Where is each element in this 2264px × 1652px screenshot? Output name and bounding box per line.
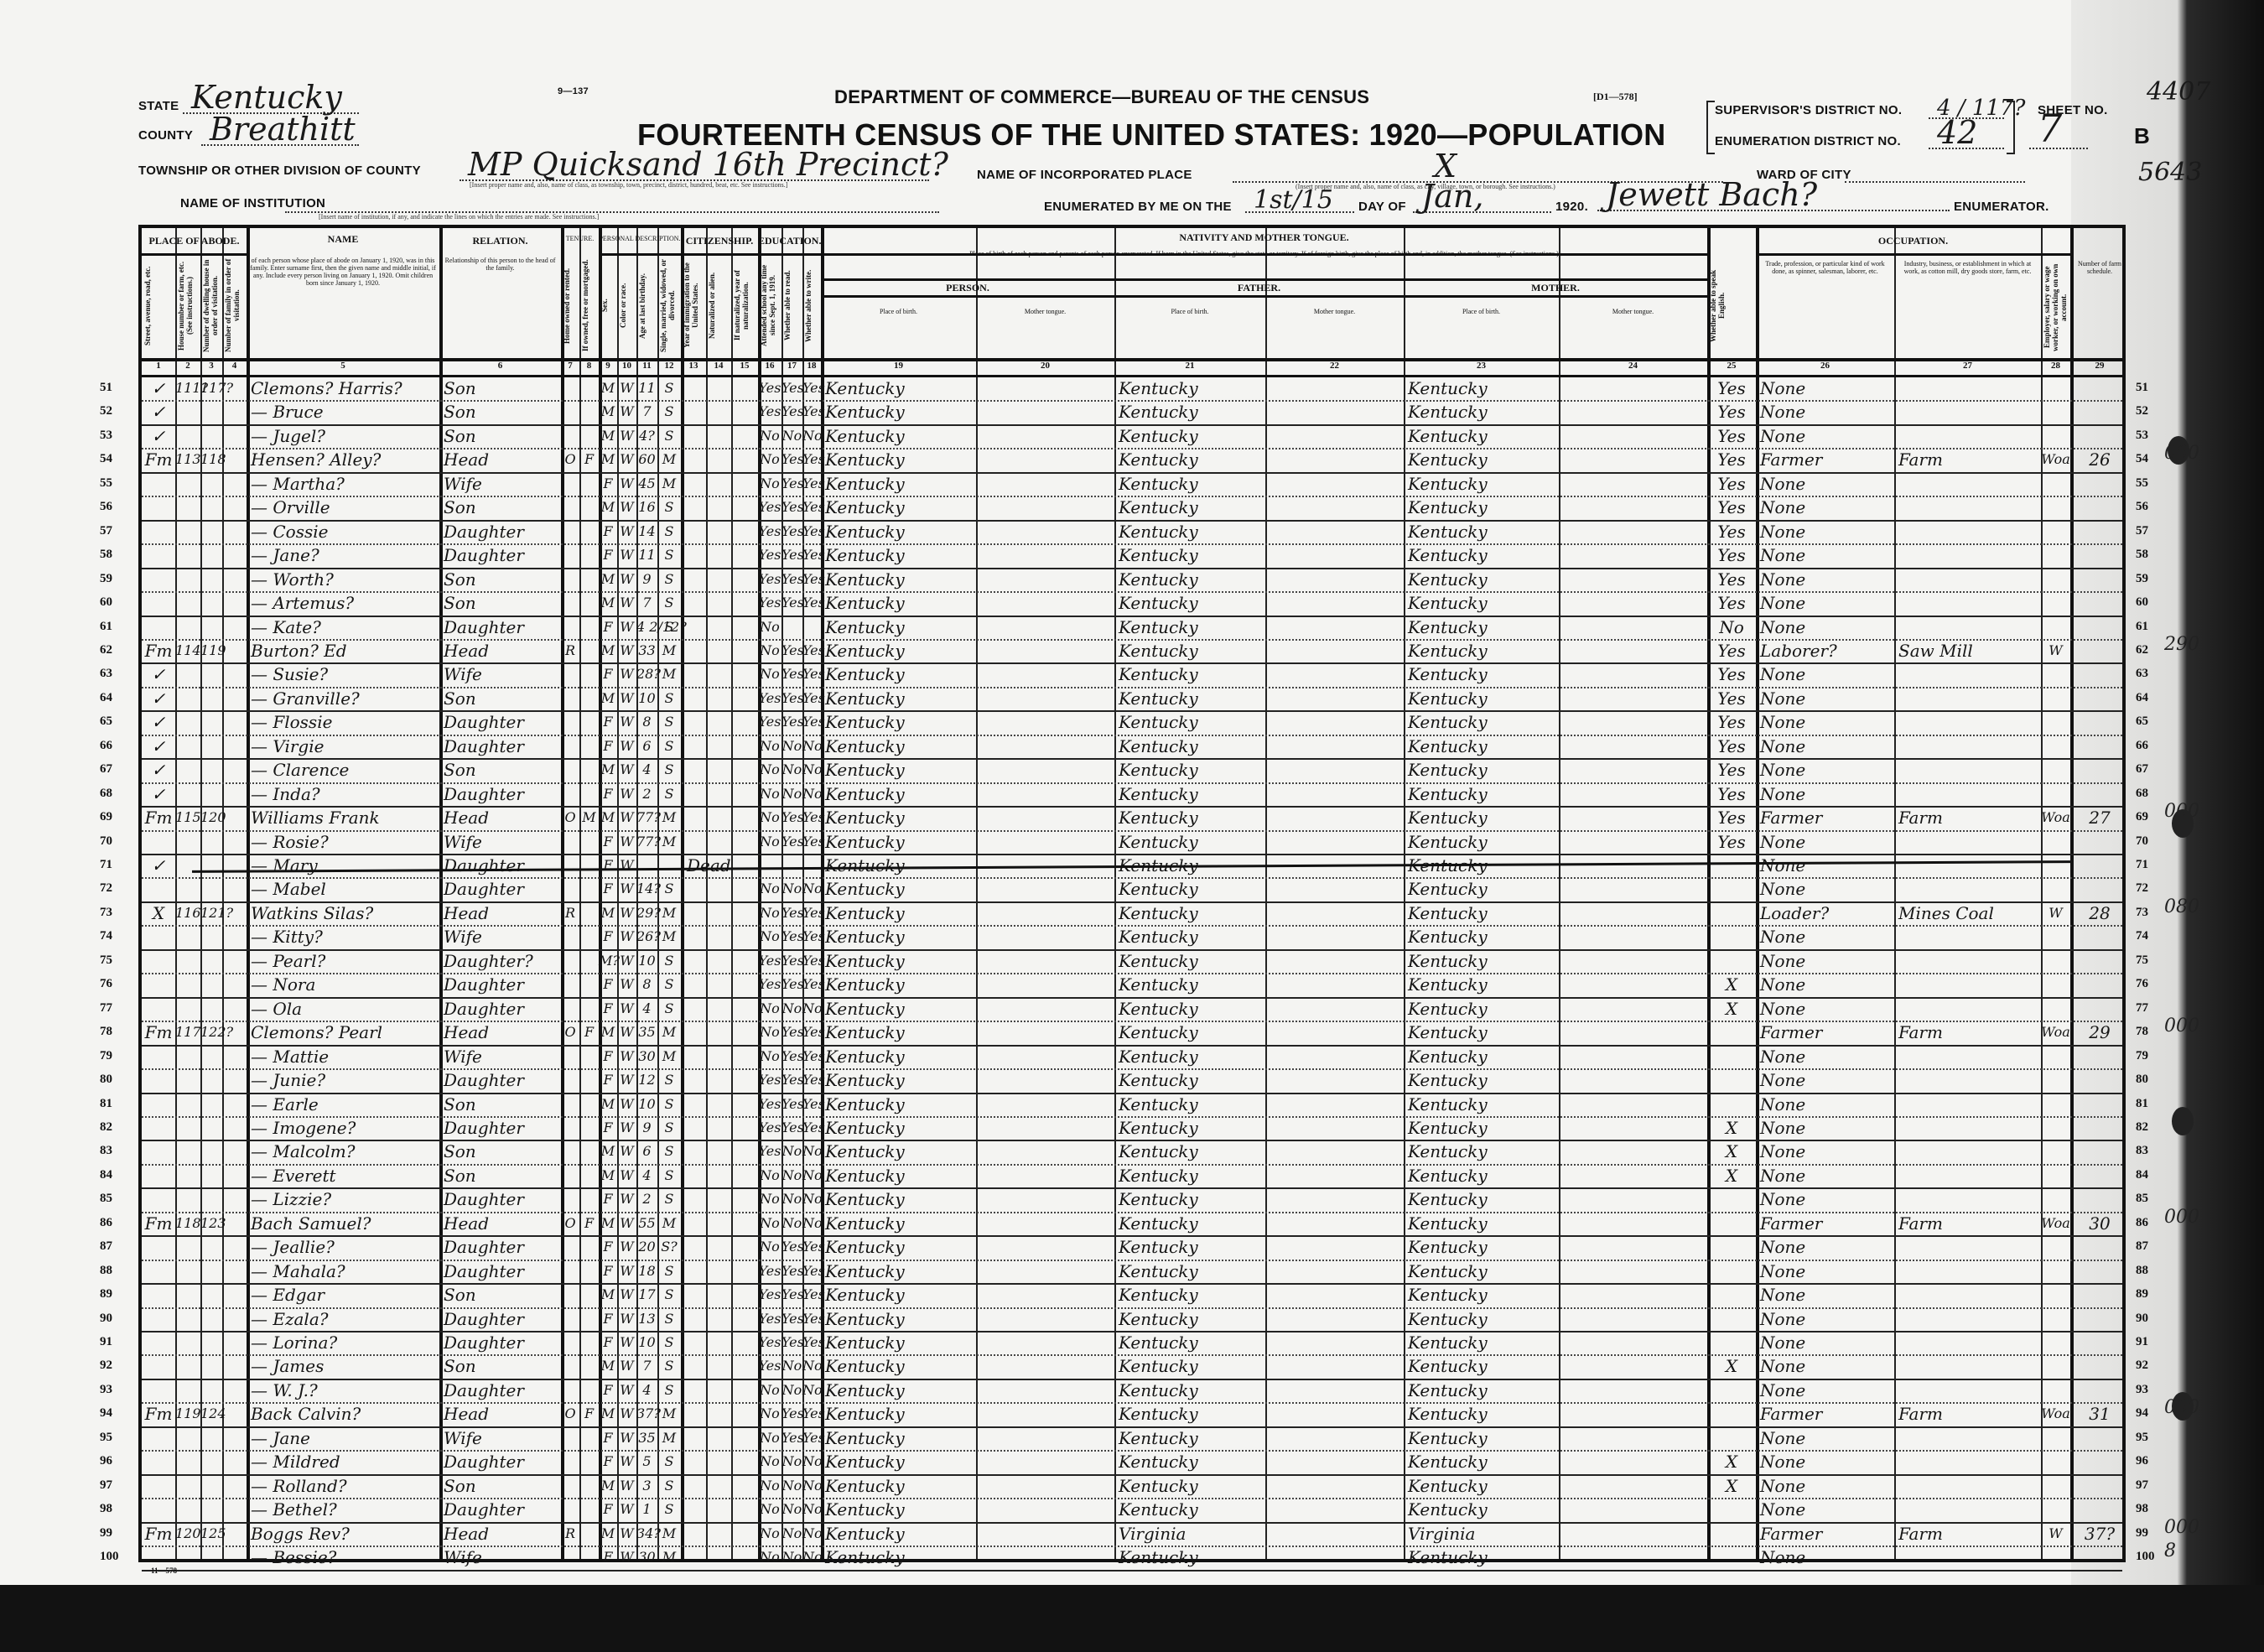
column-divider: [439, 228, 443, 1559]
margin-stamp-lower: 5643: [2138, 158, 2202, 187]
cell-occ: Farmer: [1760, 449, 1894, 470]
cell-read: Yes: [781, 711, 802, 733]
cell-name: — James: [251, 1355, 439, 1377]
cell-write: No: [802, 1523, 821, 1545]
line-number-left: 56: [100, 500, 112, 514]
cell-fpob: Kentucky: [1119, 377, 1265, 399]
cell-sex: F: [599, 831, 617, 853]
cell-read: Yes: [781, 1069, 802, 1091]
cell-fpob: Kentucky: [1119, 1213, 1265, 1234]
cell-age: 20: [636, 1236, 657, 1258]
enumerated-label: ENUMERATED BY ME ON THE: [1044, 200, 1232, 214]
cell-mpob: Kentucky: [1408, 1046, 1559, 1068]
cell-ms: S: [657, 735, 681, 757]
cell-rel: Daughter: [444, 1308, 561, 1330]
cell-race: W: [617, 735, 636, 757]
cell-sex: M: [599, 759, 617, 781]
cell-pob: Kentucky: [825, 688, 976, 709]
cell-mark: ✓: [142, 711, 175, 733]
cell-sex: F: [599, 1499, 617, 1520]
cell-age: 13: [636, 1308, 657, 1330]
cell-pob: Kentucky: [825, 1021, 976, 1043]
cell-school: No: [758, 783, 781, 805]
cell-read: No: [781, 1213, 802, 1234]
cell-rel: Son: [444, 592, 561, 614]
cell-mark: ✓: [142, 425, 175, 447]
cell-school: Yes: [758, 688, 781, 709]
column-divider: [579, 228, 581, 1559]
cell-pob: Kentucky: [825, 759, 976, 781]
cell-rel: Daughter: [444, 616, 561, 638]
cell-sex: F: [599, 1260, 617, 1282]
cell-ms: M: [657, 1546, 681, 1568]
cell-eng: Yes: [1707, 807, 1756, 829]
cell-eng: Yes: [1707, 711, 1756, 733]
line-number-left: 79: [100, 1049, 112, 1063]
cell-mpob: Kentucky: [1408, 1332, 1559, 1353]
cell-occ: None: [1760, 592, 1894, 614]
cell-write: Yes: [802, 1117, 821, 1139]
cell-occ: None: [1760, 401, 1894, 423]
cell-fpob: Virginia: [1119, 1523, 1265, 1545]
column-divider: [561, 228, 564, 1559]
line-number-left: 88: [100, 1264, 112, 1278]
margin-note: 000: [2164, 1207, 2199, 1228]
line-number-right: 96: [2136, 1454, 2148, 1468]
cell-race: W: [617, 1379, 636, 1401]
cell-own: O: [561, 1213, 579, 1234]
cell-pob: Kentucky: [825, 902, 976, 924]
cell-mpob: Kentucky: [1408, 640, 1559, 662]
cell-name: Boggs Rev?: [251, 1523, 439, 1545]
cell-occ: None: [1760, 1094, 1894, 1115]
cell-school: No: [758, 998, 781, 1020]
group-separator: [1756, 253, 2070, 256]
cell-race: W: [617, 1069, 636, 1091]
cell-school: No: [758, 1046, 781, 1068]
cell-occ: None: [1760, 1308, 1894, 1330]
cell-read: No: [781, 1379, 802, 1401]
cell-read: No: [781, 783, 802, 805]
cell-occ: None: [1760, 1451, 1894, 1473]
form-code: [D1—578]: [1593, 91, 1638, 103]
line-number-right: 58: [2136, 548, 2148, 562]
cell-sex: M: [599, 592, 617, 614]
cell-house: 113: [175, 449, 200, 470]
cell-write: No: [802, 1140, 821, 1162]
cell-ms: M: [657, 1213, 681, 1234]
group-header-tenure: TENURE.: [561, 235, 599, 252]
line-number-left: 91: [100, 1335, 112, 1349]
cell-school: Yes: [758, 401, 781, 423]
cell-rel: Wife: [444, 831, 561, 853]
margin-note: 8: [2164, 1540, 2176, 1561]
cell-ind: Farm: [1898, 1213, 2041, 1234]
cell-occ: None: [1760, 735, 1894, 757]
cell-rel: Head: [444, 1213, 561, 1234]
cell-name: — Inda?: [251, 783, 439, 805]
line-number-left: 98: [100, 1502, 112, 1516]
cell-age: 10: [636, 688, 657, 709]
cell-read: No: [781, 1140, 802, 1162]
cell-name: — Rosie?: [251, 831, 439, 853]
cell-write: Yes: [802, 663, 821, 685]
cell-fpob: Kentucky: [1119, 1165, 1265, 1187]
cell-name: Hensen? Alley?: [251, 449, 439, 470]
line-number-left: 96: [100, 1454, 112, 1468]
cell-house: 116: [175, 902, 200, 924]
cell-race: W: [617, 425, 636, 447]
cell-name: — Lizzie?: [251, 1188, 439, 1210]
cell-name: — Earle: [251, 1094, 439, 1115]
line-number-left: 64: [100, 691, 112, 705]
line-number-right: 55: [2136, 476, 2148, 491]
column-number-7: 7: [561, 361, 579, 371]
column-divider: [731, 228, 733, 1559]
cell-ms: S: [657, 974, 681, 995]
cell-write: No: [802, 1499, 821, 1520]
cell-ms: M: [657, 831, 681, 853]
cell-rel: Wife: [444, 473, 561, 495]
cell-ms: S: [657, 688, 681, 709]
cell-fpob: Kentucky: [1119, 616, 1265, 638]
state-field: Kentucky: [183, 84, 359, 114]
cell-age: 35: [636, 1021, 657, 1043]
line-number-left: 85: [100, 1192, 112, 1206]
cell-own: R: [561, 640, 579, 662]
cell-rel: Head: [444, 1523, 561, 1545]
cell-school: No: [758, 1188, 781, 1210]
cell-pob: Kentucky: [825, 1046, 976, 1068]
cell-fpob: Kentucky: [1119, 926, 1265, 948]
line-number-left: 82: [100, 1120, 112, 1135]
cell-race: W: [617, 783, 636, 805]
cell-ms: S: [657, 1094, 681, 1115]
cell-pob: Kentucky: [825, 401, 976, 423]
line-number-right: 75: [2136, 953, 2148, 968]
cell-pob: Kentucky: [825, 1379, 976, 1401]
line-number-left: 76: [100, 977, 112, 991]
cell-emp: W: [2041, 640, 2070, 662]
cell-school: Yes: [758, 711, 781, 733]
cell-occ: Farmer: [1760, 1213, 1894, 1234]
margin-note: 290: [2164, 634, 2199, 655]
cell-age: 77?: [636, 831, 657, 853]
cell-read: Yes: [781, 1332, 802, 1353]
cell-age: 9: [636, 569, 657, 590]
institution-hint: [Insert name of institution, if any, and…: [319, 213, 599, 221]
cell-mpob: Kentucky: [1408, 1117, 1559, 1139]
cell-rel: Son: [444, 569, 561, 590]
cell-pob: Kentucky: [825, 926, 976, 948]
line-number-left: 93: [100, 1383, 112, 1397]
line-number-left: 75: [100, 953, 112, 968]
cell-write: No: [802, 1475, 821, 1497]
line-number-right: 56: [2136, 500, 2148, 514]
cell-eng: X: [1707, 1451, 1756, 1473]
cell-rel: Daughter: [444, 1332, 561, 1353]
cell-age: 60: [636, 449, 657, 470]
column-divider: [1114, 228, 1116, 1559]
binder-hole: [2172, 1107, 2194, 1135]
cell-sex: F: [599, 1117, 617, 1139]
cell-race: W: [617, 473, 636, 495]
cell-own: O: [561, 449, 579, 470]
cell-read: Yes: [781, 663, 802, 685]
cell-read: Yes: [781, 902, 802, 924]
column-label-23: Place of birth.: [1405, 308, 1557, 355]
line-number-right: 82: [2136, 1120, 2148, 1135]
cell-ms: M: [657, 1021, 681, 1043]
cell-write: No: [802, 878, 821, 900]
cell-age: 30: [636, 1046, 657, 1068]
cell-name: Bach Samuel?: [251, 1213, 439, 1234]
cell-read: No: [781, 1523, 802, 1545]
cell-school: Yes: [758, 592, 781, 614]
cell-rel: Son: [444, 1475, 561, 1497]
cell-write: Yes: [802, 521, 821, 543]
cell-read: Yes: [781, 521, 802, 543]
column-number-18: 18: [802, 361, 821, 371]
cell-house: 119: [175, 1403, 200, 1425]
cell-eng: Yes: [1707, 425, 1756, 447]
cell-school: No: [758, 425, 781, 447]
cell-sex: F: [599, 711, 617, 733]
cell-write: Yes: [802, 1021, 821, 1043]
cell-mpob: Kentucky: [1408, 1236, 1559, 1258]
cell-name: — Cossie: [251, 521, 439, 543]
column-divider: [1265, 228, 1267, 1559]
cell-family: 122?: [200, 1021, 222, 1043]
cell-ms: M: [657, 902, 681, 924]
column-number-26: 26: [1756, 361, 1894, 371]
cell-rel: Daughter: [444, 1260, 561, 1282]
cell-pob: Kentucky: [825, 1355, 976, 1377]
cell-mpob: Kentucky: [1408, 1188, 1559, 1210]
cell-read: Yes: [781, 1117, 802, 1139]
line-number-left: 62: [100, 643, 112, 657]
cell-rel: Head: [444, 902, 561, 924]
cell-pob: Kentucky: [825, 1332, 976, 1353]
cell-write: Yes: [802, 473, 821, 495]
cell-house: 120: [175, 1523, 200, 1545]
column-number-25: 25: [1707, 361, 1756, 371]
cell-fpob: Kentucky: [1119, 1094, 1265, 1115]
cell-name: — Junie?: [251, 1069, 439, 1091]
cell-occ: None: [1760, 950, 1894, 972]
cell-fpob: Kentucky: [1119, 1284, 1265, 1306]
cell-pob: Kentucky: [825, 1451, 976, 1473]
cell-name: — Lorina?: [251, 1332, 439, 1353]
cell-race: W: [617, 449, 636, 470]
line-number-left: 61: [100, 620, 112, 634]
cell-fpob: Kentucky: [1119, 1021, 1265, 1043]
cell-write: Yes: [802, 1403, 821, 1425]
cell-age: 2: [636, 783, 657, 805]
column-label-13: Year of immigration to the United States…: [683, 257, 704, 355]
cell-read: Yes: [781, 926, 802, 948]
cell-name: — Clarence: [251, 759, 439, 781]
cell-occ: None: [1760, 878, 1894, 900]
line-number-left: 59: [100, 572, 112, 586]
column-label-20: Mother tongue.: [978, 308, 1113, 355]
cell-house: 115: [175, 807, 200, 829]
cell-ms: S: [657, 1069, 681, 1091]
cell-eng: Yes: [1707, 521, 1756, 543]
cell-fpob: Kentucky: [1119, 401, 1265, 423]
cell-eng: X: [1707, 1475, 1756, 1497]
cell-pob: Kentucky: [825, 473, 976, 495]
cell-occ: None: [1760, 521, 1894, 543]
cell-rel: Daughter: [444, 1069, 561, 1091]
cell-race: W: [617, 1188, 636, 1210]
cell-ms: M: [657, 449, 681, 470]
cell-name: — Jeallie?: [251, 1236, 439, 1258]
cell-name: — Mary: [251, 855, 439, 876]
cell-school: No: [758, 1403, 781, 1425]
cell-school: No: [758, 735, 781, 757]
column-number-1: 1: [142, 361, 175, 371]
cell-race: W: [617, 878, 636, 900]
cell-rel: Daughter: [444, 1236, 561, 1258]
cell-mark: Fm: [142, 1213, 175, 1234]
cell-age: 4: [636, 998, 657, 1020]
cell-write: Yes: [802, 401, 821, 423]
cell-mpob: Kentucky: [1408, 902, 1559, 924]
cell-write: Yes: [802, 926, 821, 948]
cell-mpob: Kentucky: [1408, 950, 1559, 972]
cell-school: No: [758, 1546, 781, 1568]
column-divider: [706, 228, 708, 1559]
cell-name: Williams Frank: [251, 807, 439, 829]
cell-mpob: Kentucky: [1408, 521, 1559, 543]
cell-race: W: [617, 1094, 636, 1115]
cell-eng: Yes: [1707, 831, 1756, 853]
cell-name: Clemons? Harris?: [251, 377, 439, 399]
cell-sex: M: [599, 401, 617, 423]
cell-write: Yes: [802, 1332, 821, 1353]
cell-fpob: Kentucky: [1119, 473, 1265, 495]
column-divider: [1559, 228, 1560, 1559]
cell-write: Yes: [802, 974, 821, 995]
cell-name: Clemons? Pearl: [251, 1021, 439, 1043]
cell-pob: Kentucky: [825, 1117, 976, 1139]
line-number-left: 72: [100, 881, 112, 896]
cell-name: — Susie?: [251, 663, 439, 685]
cell-read: No: [781, 425, 802, 447]
group-separator: [142, 253, 247, 256]
cell-sex: M: [599, 1165, 617, 1187]
township-value: MP Quicksand 16th Precinct?: [468, 146, 948, 183]
margin-note: 000: [2164, 443, 2199, 464]
cell-mpob: Virginia: [1408, 1523, 1559, 1545]
column-divider: [1404, 228, 1405, 1559]
line-number-right: 92: [2136, 1358, 2148, 1373]
cell-write: Yes: [802, 1046, 821, 1068]
cell-ms: S: [657, 377, 681, 399]
column-number-2: 2: [175, 361, 200, 371]
line-number-left: 100: [100, 1550, 119, 1564]
cell-name: — Edgar: [251, 1284, 439, 1306]
cell-occ: None: [1760, 831, 1894, 853]
cell-family: 118: [200, 449, 222, 470]
cell-read: Yes: [781, 831, 802, 853]
group-header-relation: RELATION.: [439, 235, 561, 252]
cell-write: No: [802, 1451, 821, 1473]
cell-pob: Kentucky: [825, 1427, 976, 1449]
cell-age: 4 2/12?: [636, 616, 657, 638]
cell-ms: M: [657, 926, 681, 948]
cell-rel: Head: [444, 640, 561, 662]
cell-mpob: Kentucky: [1408, 616, 1559, 638]
cell-eng: Yes: [1707, 759, 1756, 781]
cell-rel: Daughter: [444, 1379, 561, 1401]
cell-pob: Kentucky: [825, 1546, 976, 1568]
line-number-left: 74: [100, 929, 112, 943]
cell-race: W: [617, 855, 636, 876]
cell-school: Yes: [758, 377, 781, 399]
cell-ms: M: [657, 663, 681, 685]
cell-own: O: [561, 1403, 579, 1425]
cell-mpob: Kentucky: [1408, 1094, 1559, 1115]
cell-ind: Farm: [1898, 449, 2041, 470]
cell-name: — Flossie: [251, 711, 439, 733]
cell-mpob: Kentucky: [1408, 926, 1559, 948]
cell-ms: S: [657, 1475, 681, 1497]
cell-fpob: Kentucky: [1119, 902, 1265, 924]
cell-school: Yes: [758, 1308, 781, 1330]
cell-race: W: [617, 998, 636, 1020]
enumerated-month-field: Jan,: [1413, 183, 1551, 213]
cell-rel: Daughter: [444, 855, 561, 876]
cell-rel: Head: [444, 1403, 561, 1425]
line-number-left: 52: [100, 404, 112, 418]
cell-mpob: Kentucky: [1408, 1499, 1559, 1520]
cell-farm: 30: [2070, 1213, 2129, 1234]
cell-race: W: [617, 1523, 636, 1545]
cell-occ: Farmer: [1760, 1403, 1894, 1425]
cell-race: W: [617, 616, 636, 638]
cell-sex: F: [599, 1236, 617, 1258]
cell-write: Yes: [802, 807, 821, 829]
line-number-right: 72: [2136, 881, 2148, 896]
cell-eng: X: [1707, 998, 1756, 1020]
cell-ms: S: [657, 950, 681, 972]
line-number-right: 63: [2136, 667, 2148, 681]
cell-name: — Orville: [251, 496, 439, 518]
cell-school: No: [758, 878, 781, 900]
cell-fpob: Kentucky: [1119, 974, 1265, 995]
cell-fpob: Kentucky: [1119, 1379, 1265, 1401]
cell-mpob: Kentucky: [1408, 759, 1559, 781]
cell-ind: Mines Coal: [1898, 902, 2041, 924]
cell-read: No: [781, 759, 802, 781]
line-number-right: 89: [2136, 1287, 2148, 1301]
cell-occ: Loader?: [1760, 902, 1894, 924]
cell-occ: None: [1760, 1140, 1894, 1162]
sheet-side: B: [2134, 123, 2150, 149]
cell-mark: ✓: [142, 663, 175, 685]
cell-eng: X: [1707, 1117, 1756, 1139]
cell-sex: M: [599, 1213, 617, 1234]
cell-pob: Kentucky: [825, 974, 976, 995]
cell-rel: Daughter: [444, 998, 561, 1020]
line-number-left: 70: [100, 834, 112, 849]
cell-sex: M: [599, 425, 617, 447]
cell-family: 121?: [200, 902, 222, 924]
cell-pob: Kentucky: [825, 1236, 976, 1258]
cell-fpob: Kentucky: [1119, 1355, 1265, 1377]
